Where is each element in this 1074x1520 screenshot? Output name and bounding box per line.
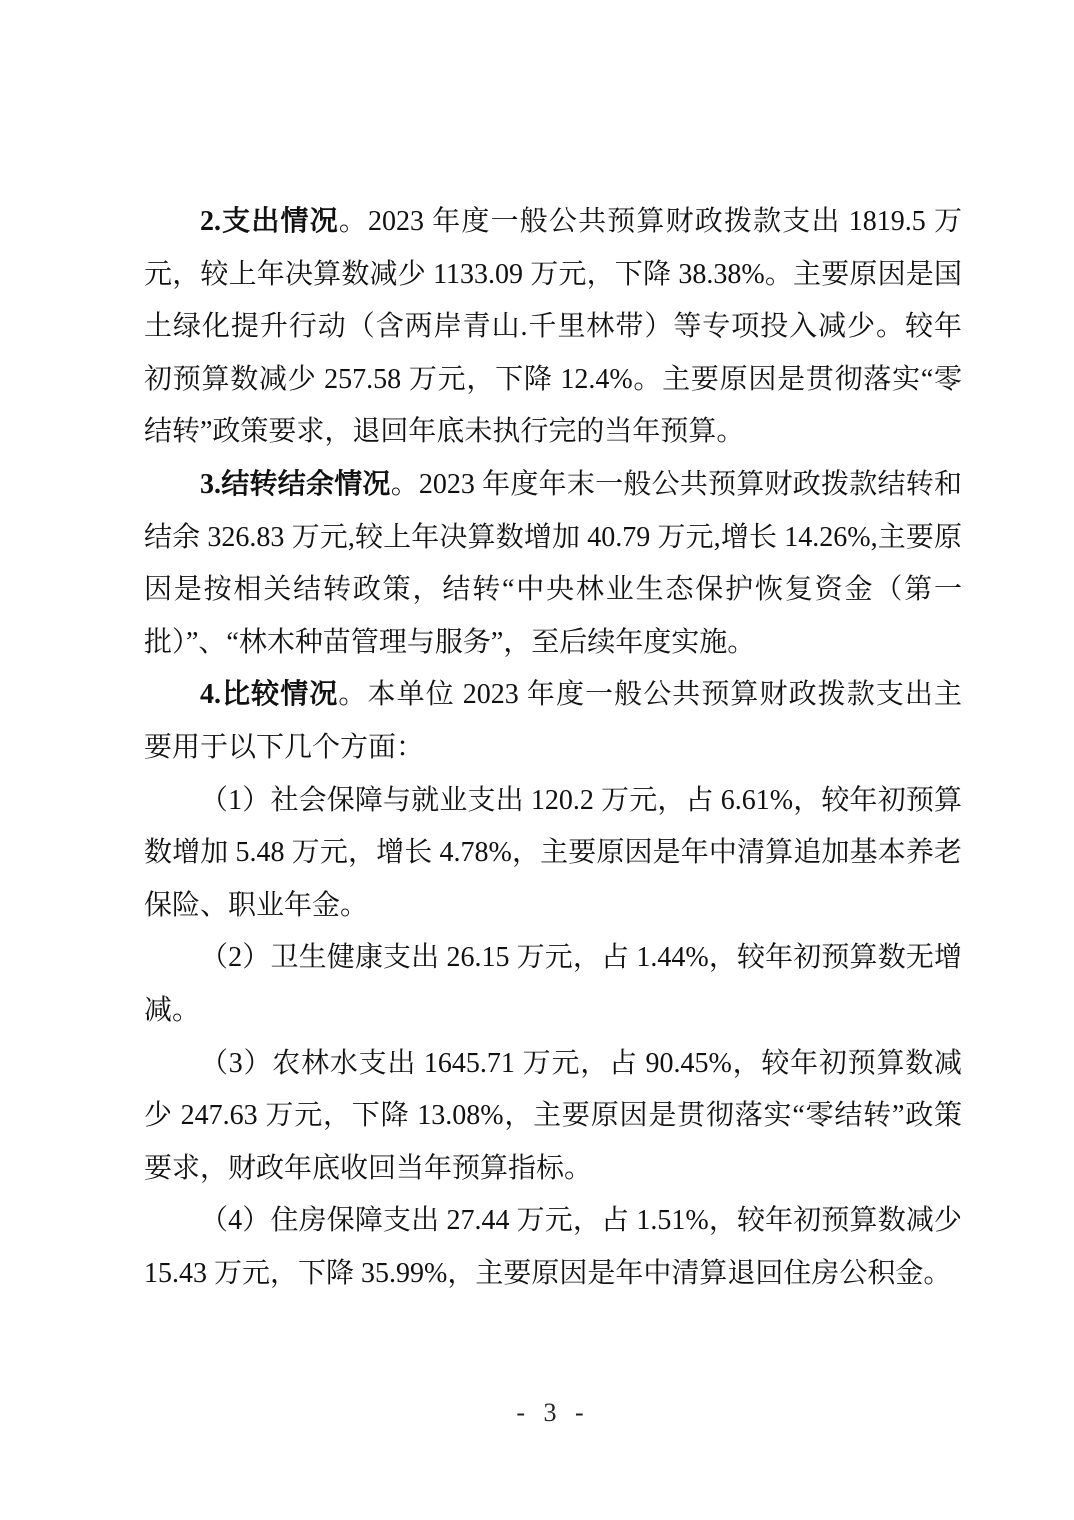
paragraph-item-health: （2）卫生健康支出 26.15 万元，占 1.44%，较年初预算数无增减。 [144,932,962,1037]
paragraph-text: （4）住房保障支出 27.44 万元，占 1.51%，较年初预算数减少 15.4… [144,1205,962,1289]
paragraph-expenditure: 2.支出情况。2023 年度一般公共预算财政拨款支出 1819.5 万元，较上年… [144,196,962,459]
paragraph-text: （1）社会保障与就业支出 120.2 万元，占 6.61%，较年初预算数增加 5… [144,785,962,921]
paragraph-heading: 4.比较情况 [200,679,338,710]
paragraph-item-agriculture: （3）农林水支出 1645.71 万元，占 90.45%，较年初预算数减少 24… [144,1038,962,1196]
paragraph-comparison: 4.比较情况。本单位 2023 年度一般公共预算财政拨款支出主要用于以下几个方面… [144,669,962,774]
document-body: 2.支出情况。2023 年度一般公共预算财政拨款支出 1819.5 万元，较上年… [144,196,962,1300]
page-number: - 3 - [144,1398,962,1428]
paragraph-carryover: 3.结转结余情况。2023 年度年末一般公共预算财政拨款结转和结余 326.83… [144,459,962,669]
paragraph-text: （2）卫生健康支出 26.15 万元，占 1.44%，较年初预算数无增减。 [144,942,962,1026]
paragraph-item-housing: （4）住房保障支出 27.44 万元，占 1.51%，较年初预算数减少 15.4… [144,1195,962,1300]
paragraph-heading: 3.结转结余情况 [200,469,391,500]
document-page: 2.支出情况。2023 年度一般公共预算财政拨款支出 1819.5 万元，较上年… [0,0,1074,1520]
paragraph-text: （3）农林水支出 1645.71 万元，占 90.45%，较年初预算数减少 24… [144,1048,962,1184]
paragraph-item-social-security: （1）社会保障与就业支出 120.2 万元，占 6.61%，较年初预算数增加 5… [144,775,962,933]
paragraph-text: 。2023 年度一般公共预算财政拨款支出 1819.5 万元，较上年决算数减少 … [144,206,962,447]
paragraph-heading: 2.支出情况 [200,206,339,237]
